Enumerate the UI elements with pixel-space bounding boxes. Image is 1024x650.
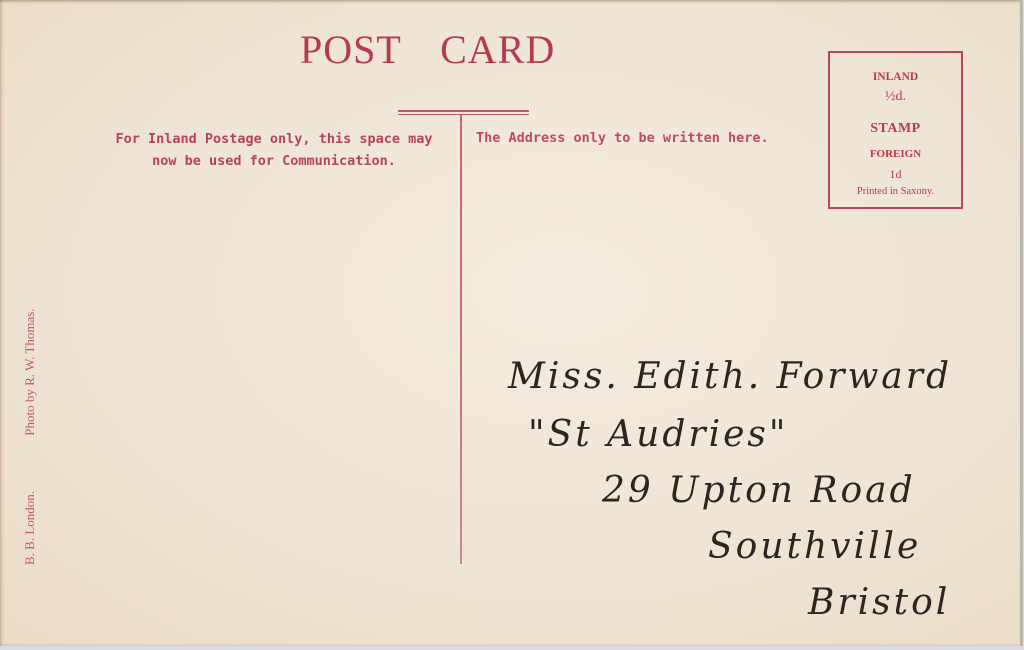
- handwritten-house-name: "St Audries": [528, 414, 788, 455]
- handwritten-street: 29 Upton Road: [602, 470, 916, 511]
- stamp-inland-label: INLAND: [830, 71, 961, 83]
- stamp-box: INLAND ½d. STAMP FOREIGN 1d Printed in S…: [828, 51, 963, 209]
- handwritten-recipient: Miss. Edith. Forward: [508, 356, 952, 397]
- stamp-label: STAMP: [830, 121, 961, 137]
- handwritten-city: Bristol: [808, 582, 950, 623]
- handwritten-district: Southville: [708, 526, 921, 567]
- stamp-foreign-rate: 1d: [830, 167, 961, 182]
- stamp-printer-note: Printed in Saxony.: [830, 186, 961, 197]
- stamp-inland-rate: ½d.: [830, 89, 961, 105]
- postcard-back: POST CARD For Inland Postage only, this …: [0, 0, 1023, 646]
- divider-horizontal: [398, 110, 529, 115]
- message-note-line-2: now be used for Communication.: [96, 150, 452, 172]
- message-note-line-1: For Inland Postage only, this space may: [96, 128, 452, 150]
- stamp-foreign-label: FOREIGN: [830, 148, 961, 160]
- address-area-note: The Address only to be written here.: [476, 130, 769, 146]
- photo-credit-text: Photo by R. W. Thomas.: [22, 308, 37, 435]
- publisher-text: B. B. London.: [22, 491, 37, 565]
- message-area-note: For Inland Postage only, this space may …: [96, 128, 452, 172]
- divider-vertical: [460, 114, 462, 564]
- postcard-title: POST CARD: [300, 26, 555, 73]
- side-credit: B. B. London. Photo by R. W. Thomas.: [22, 308, 38, 565]
